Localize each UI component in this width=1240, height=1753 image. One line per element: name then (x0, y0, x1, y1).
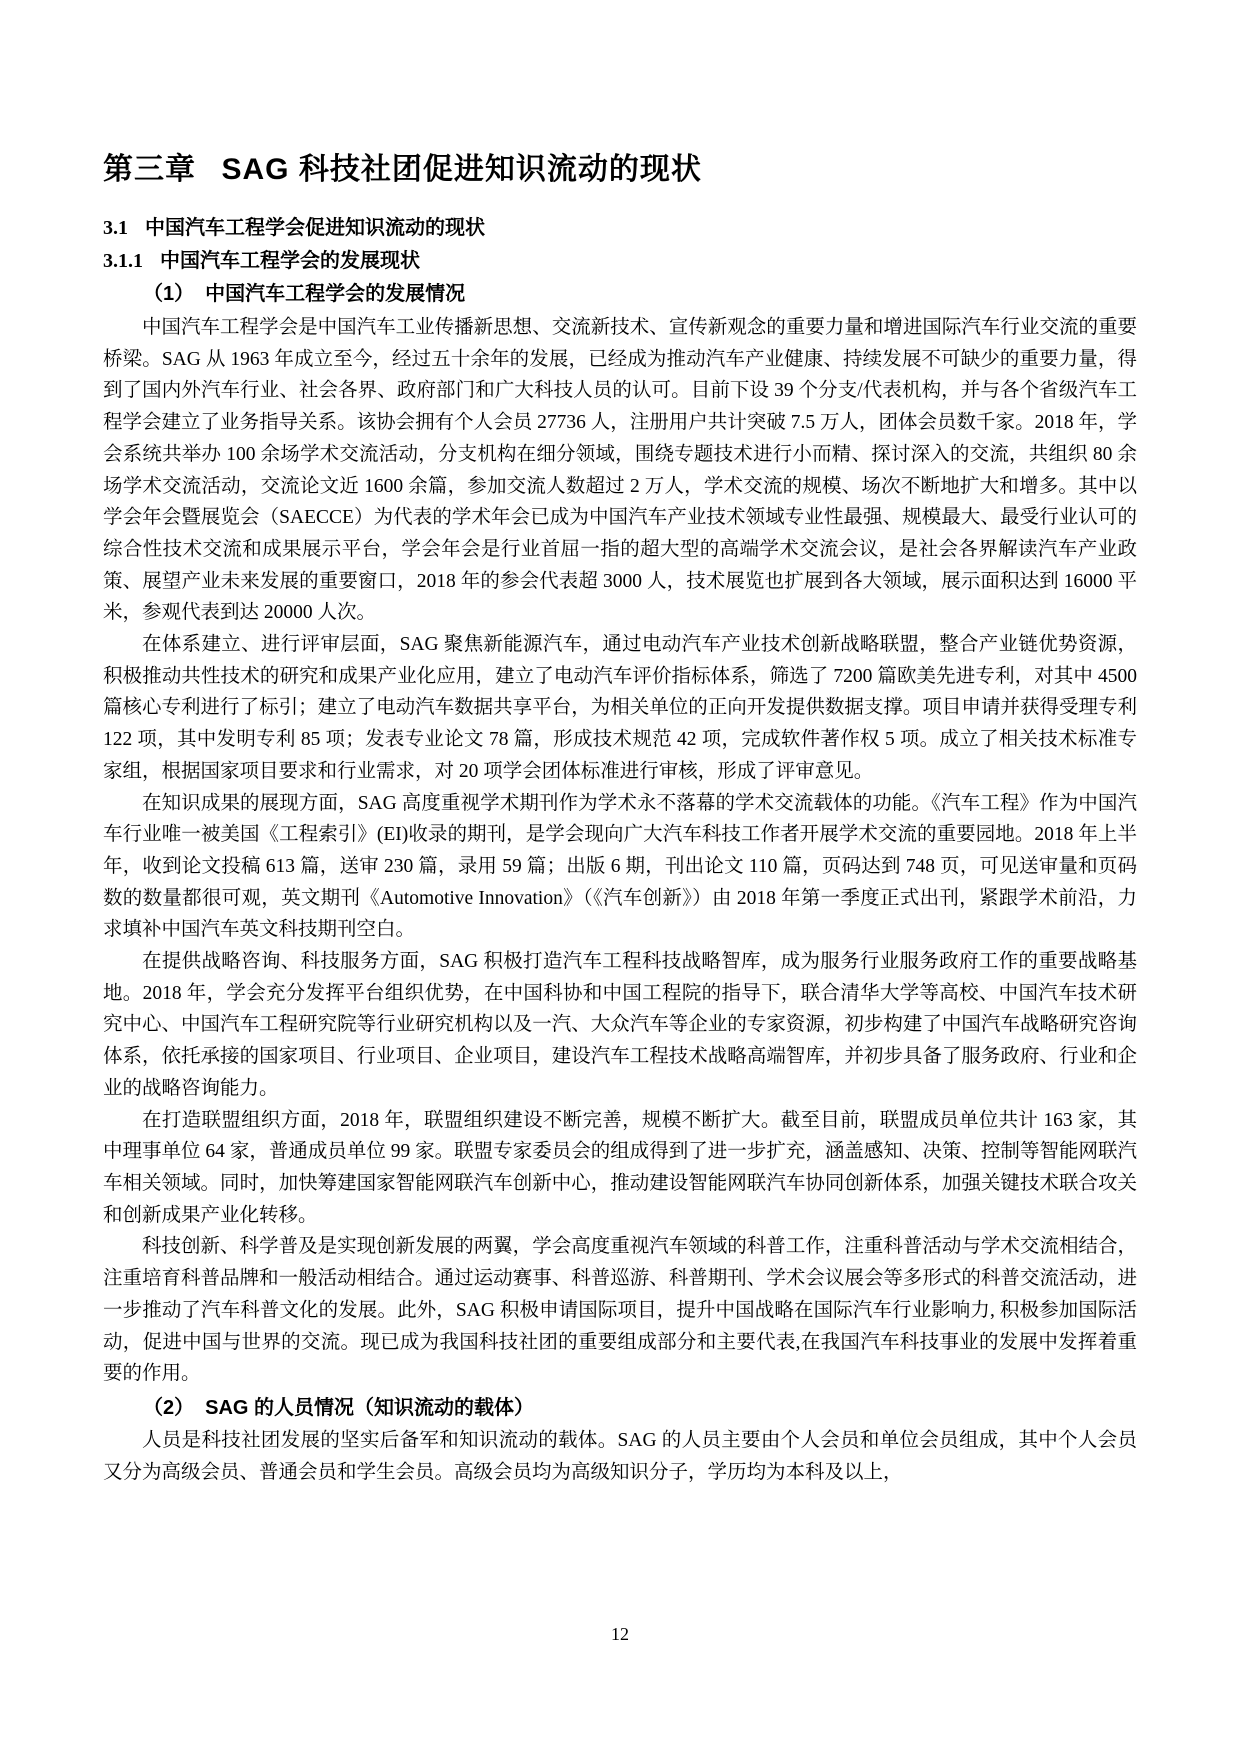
item-1-label: （1） (143, 283, 194, 305)
section-number-3-1: 3.1 (103, 217, 128, 239)
section-title-3-1-1: 中国汽车工程学会的发展现状 (160, 250, 420, 272)
section-heading-3-1-1: 3.1.1中国汽车工程学会的发展现状 (103, 247, 1137, 276)
paragraph-science-popularization: 科技创新、科学普及是实现创新发展的两翼，学会高度重视汽车领域的科普工作，注重科普… (103, 1231, 1137, 1390)
document-page: 第三章SAG 科技社团促进知识流动的现状 3.1中国汽车工程学会促进知识流动的现… (0, 0, 1240, 1753)
section-title-3-1: 中国汽车工程学会促进知识流动的现状 (145, 217, 485, 239)
item-2-label: （2） (143, 1397, 194, 1419)
item-heading-1: （1）中国汽车工程学会的发展情况 (103, 279, 1137, 309)
chapter-heading: 第三章SAG 科技社团促进知识流动的现状 (103, 150, 1137, 190)
section-number-3-1-1: 3.1.1 (103, 250, 143, 272)
section-heading-3-1: 3.1中国汽车工程学会促进知识流动的现状 (103, 214, 1137, 243)
paragraph-strategy-consulting: 在提供战略咨询、科技服务方面，SAG 积极打造汽车工程科技战略智库，成为服务行业… (103, 946, 1137, 1105)
chapter-title-text: SAG 科技社团促进知识流动的现状 (222, 153, 702, 186)
page-content: 第三章SAG 科技社团促进知识流动的现状 3.1中国汽车工程学会促进知识流动的现… (103, 150, 1137, 1488)
paragraph-journals: 在知识成果的展现方面，SAG 高度重视学术期刊作为学术永不落幕的学术交流载体的功… (103, 788, 1137, 947)
page-number: 12 (0, 1622, 1240, 1646)
paragraph-development-overview: 中国汽车工程学会是中国汽车工业传播新思想、交流新技术、宣传新观念的重要力量和增进… (103, 312, 1137, 629)
paragraph-personnel: 人员是科技社团发展的坚实后备军和知识流动的载体。SAG 的人员主要由个人会员和单… (103, 1425, 1137, 1488)
paragraph-system-review: 在体系建立、进行评审层面，SAG 聚焦新能源汽车，通过电动汽车产业技术创新战略联… (103, 629, 1137, 788)
item-heading-2: （2）SAG 的人员情况（知识流动的载体） (103, 1393, 1137, 1423)
item-1-title: 中国汽车工程学会的发展情况 (205, 283, 465, 305)
chapter-number: 第三章 (103, 153, 196, 186)
item-2-title: SAG 的人员情况（知识流动的载体） (205, 1397, 534, 1419)
paragraph-alliance: 在打造联盟组织方面，2018 年，联盟组织建设不断完善，规模不断扩大。截至目前，… (103, 1105, 1137, 1232)
